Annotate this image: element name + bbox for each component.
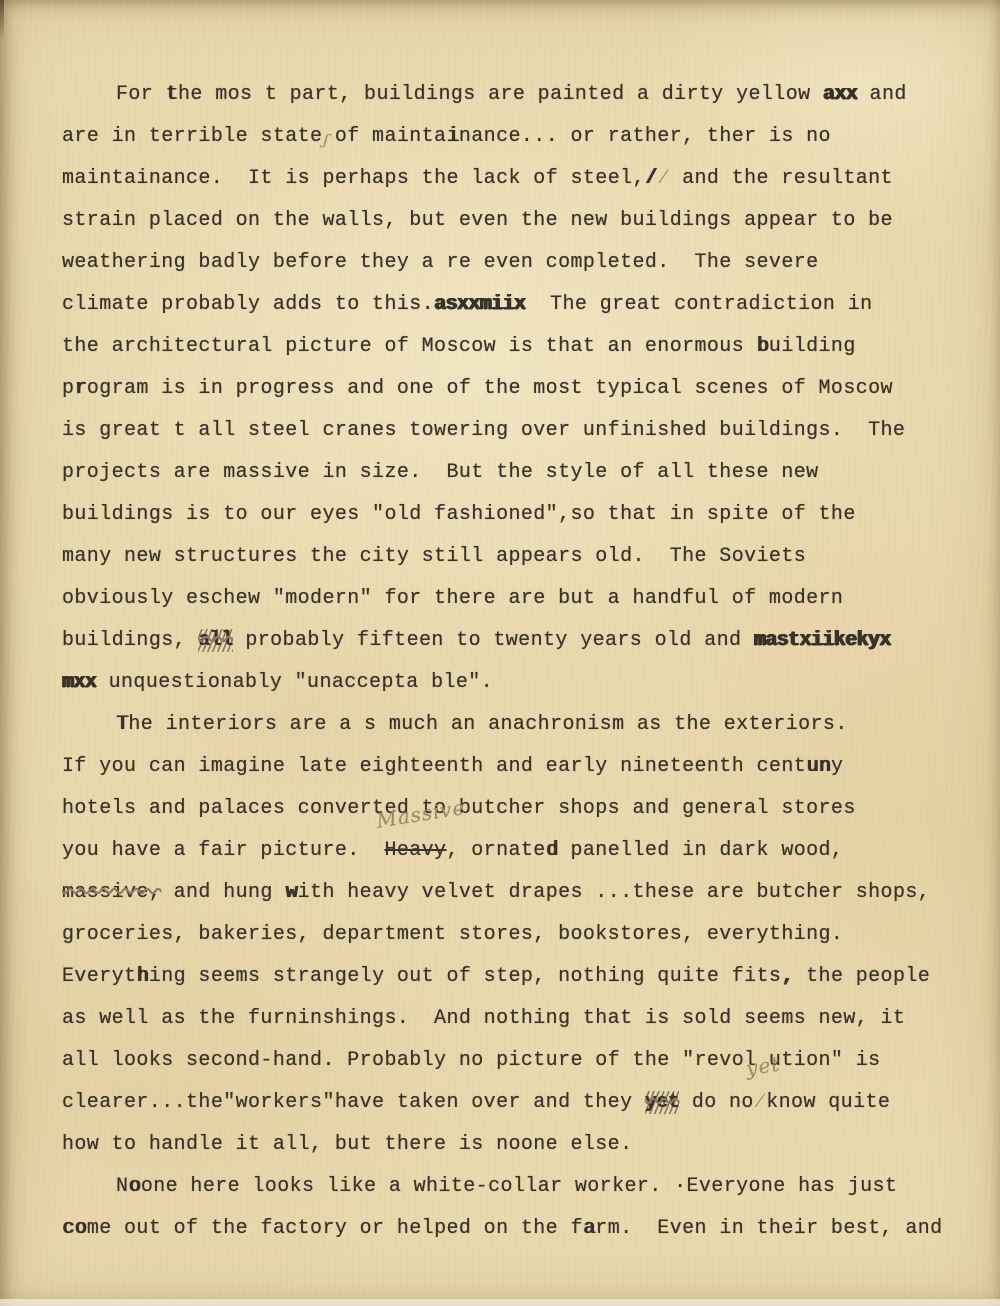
typed-text: you have a fair picture. [62,839,384,862]
slashed-out-text: yet [645,1091,680,1114]
typed-text: buildings, [62,629,198,652]
overtyped-text: / [645,167,657,190]
typed-text: do no [679,1091,753,1114]
typed-text: p [62,377,74,400]
typed-text: nance... or rather, ther is no [459,125,831,148]
typed-line: the architectural picture of Moscow is t… [62,326,972,368]
overtyped-text: t [166,83,178,106]
typed-text: ogram is in progress and one of the most… [87,377,893,400]
typed-text: strain placed on the walls, but even the… [62,209,893,232]
typed-line: If you can imagine late eighteenth and e… [62,746,972,788]
typed-text: projects are massive in size. But the st… [62,461,819,484]
typed-text: unquestionably "unaccepta ble". [96,671,493,694]
typed-text: know quite [766,1091,890,1114]
typed-text: obviously eschew "modern" for there are … [62,587,843,610]
typed-text: the people [794,965,930,988]
typed-over-x-text: asxxmiix [434,293,525,316]
typed-line: Noone here looks like a white-collar wor… [62,1166,972,1208]
typed-line: massive, and hung with heavy velvet drap… [62,872,972,914]
typed-line: all looks second-hand. Probably no pictu… [62,1040,972,1082]
overtyped-text: h [136,965,148,988]
typed-text: one here looks like a white-collar worke… [141,1175,898,1198]
typed-line: obviously eschew "modern" for there are … [62,578,972,620]
typed-line: hotels and palaces converted to butcher … [62,788,972,830]
typed-text: rm. Even in their best, and [595,1217,942,1240]
overtyped-text: o [128,1175,140,1198]
typed-text: For [116,83,166,106]
typed-text: he mos t part, buildings are painted a d… [178,83,823,106]
typed-line: For the mos t part, buildings are painte… [62,74,972,116]
scan-edge-shadow [0,0,4,40]
overtyped-text: b [757,335,769,358]
typed-text: me out of the factory or helped on the f [87,1217,583,1240]
typed-line: projects are massive in size. But the st… [62,452,972,494]
typed-text: climate probably adds to this. [62,293,434,316]
typed-text: buildings is to our eyes "old fashioned"… [62,503,856,526]
typed-text: the architectural picture of Moscow is t… [62,335,757,358]
typed-line: buildings, all probably fifteen to twent… [62,620,972,662]
struck-text: Heavy [384,839,446,862]
overtyped-text: i [446,125,458,148]
typed-text: ith heavy velvet drapes ...these are but… [298,881,931,904]
scan-bottom-edge [0,1299,1000,1306]
overtyped-text: d [546,839,558,862]
typed-text: N [116,1175,128,1198]
typed-text: and the resultant [670,167,893,190]
typed-line: groceries, bakeries, department stores, … [62,914,972,956]
pencil-mark: ⁄ [754,1091,766,1114]
typed-line: as well as the furninshings. And nothing… [62,998,972,1040]
overtyped-text: r [74,377,86,400]
typed-text: how to handle it all, but there is noone… [62,1133,633,1156]
typed-over-x-text: mastxiikekyx [754,629,891,652]
overtyped-text: a [583,1217,595,1240]
typed-line: are in terrible state of maintainance...… [62,116,972,158]
typed-text: , ornate [446,839,545,862]
typed-line: many new structures the city still appea… [62,536,972,578]
typed-line: weathering badly before they a re even c… [62,242,972,284]
pencil-mark: ⁄ [657,167,669,190]
overtyped-text: co [62,1217,87,1240]
overtyped-text: , [781,965,793,988]
typed-text: weathering badly before they a re even c… [62,251,819,274]
typed-over-x-text: mxx [62,671,96,694]
typed-text: ing seems strangely out of step, nothing… [149,965,782,988]
typed-text: uilding [769,335,856,358]
typed-line: climate probably adds to this.asxxmiix T… [62,284,972,326]
typed-text: The great contradiction in [525,293,872,316]
typed-text-block: For the mos t part, buildings are painte… [62,74,972,1250]
typed-line: is great t all steel cranes towering ove… [62,410,972,452]
typed-text: and [857,83,907,106]
overtyped-text: un [806,755,831,778]
typed-text: as well as the furninshings. And nothing… [62,1007,905,1030]
typed-line: come out of the factory or helped on the… [62,1208,972,1250]
typed-line: you have a fair picture. MassiveHeavy, o… [62,830,972,872]
typed-text: perhaps the lack of steel, [322,167,644,190]
typed-line: strain placed on the walls, but even the… [62,200,972,242]
overtyped-text: w [285,881,297,904]
typed-line: program is in progress and one of the mo… [62,368,972,410]
typed-text: If you can imagine late eighteenth and e… [62,755,806,778]
typed-line: Everything seems strangely out of step, … [62,956,972,998]
typed-text: Everyt [62,965,136,988]
overtyped-text: T [116,713,128,736]
typed-text: many new structures the city still appea… [62,545,806,568]
typed-text: he interiors are a s much an anachronism… [128,713,847,736]
typed-text: groceries, bakeries, department stores, … [62,923,843,946]
typed-text: y [831,755,843,778]
typescript-page: For the mos t part, buildings are painte… [0,0,1000,1306]
typed-line: mxx unquestionably "unaccepta ble". [62,662,972,704]
typed-text: is great t all steel cranes towering ove… [62,419,905,442]
typed-line: The interiors are a s much an anachronis… [62,704,972,746]
pencil-struck-text: massive, [62,881,161,904]
typed-line: how to handle it all, but there is noone… [62,1124,972,1166]
typed-text: are in terrible state of mainta [62,125,446,148]
typed-text: probably fifteen to twenty years old and [233,629,754,652]
typed-text: maintainance. It is [62,167,322,190]
typed-over-x-text: axx [823,83,857,106]
typed-text: clearer...the"workers"have taken over an… [62,1091,645,1114]
typed-line: buildings is to our eyes "old fashioned"… [62,494,972,536]
typed-line: maintainance. It is ʃperhaps the lack of… [62,158,972,200]
slashed-out-text: all [198,629,233,652]
handwritten-annotation: yet [743,1043,783,1090]
typed-text: and hung [161,881,285,904]
typed-text: panelled in dark wood, [558,839,843,862]
typed-line: clearer...the"workers"have taken over an… [62,1082,972,1124]
